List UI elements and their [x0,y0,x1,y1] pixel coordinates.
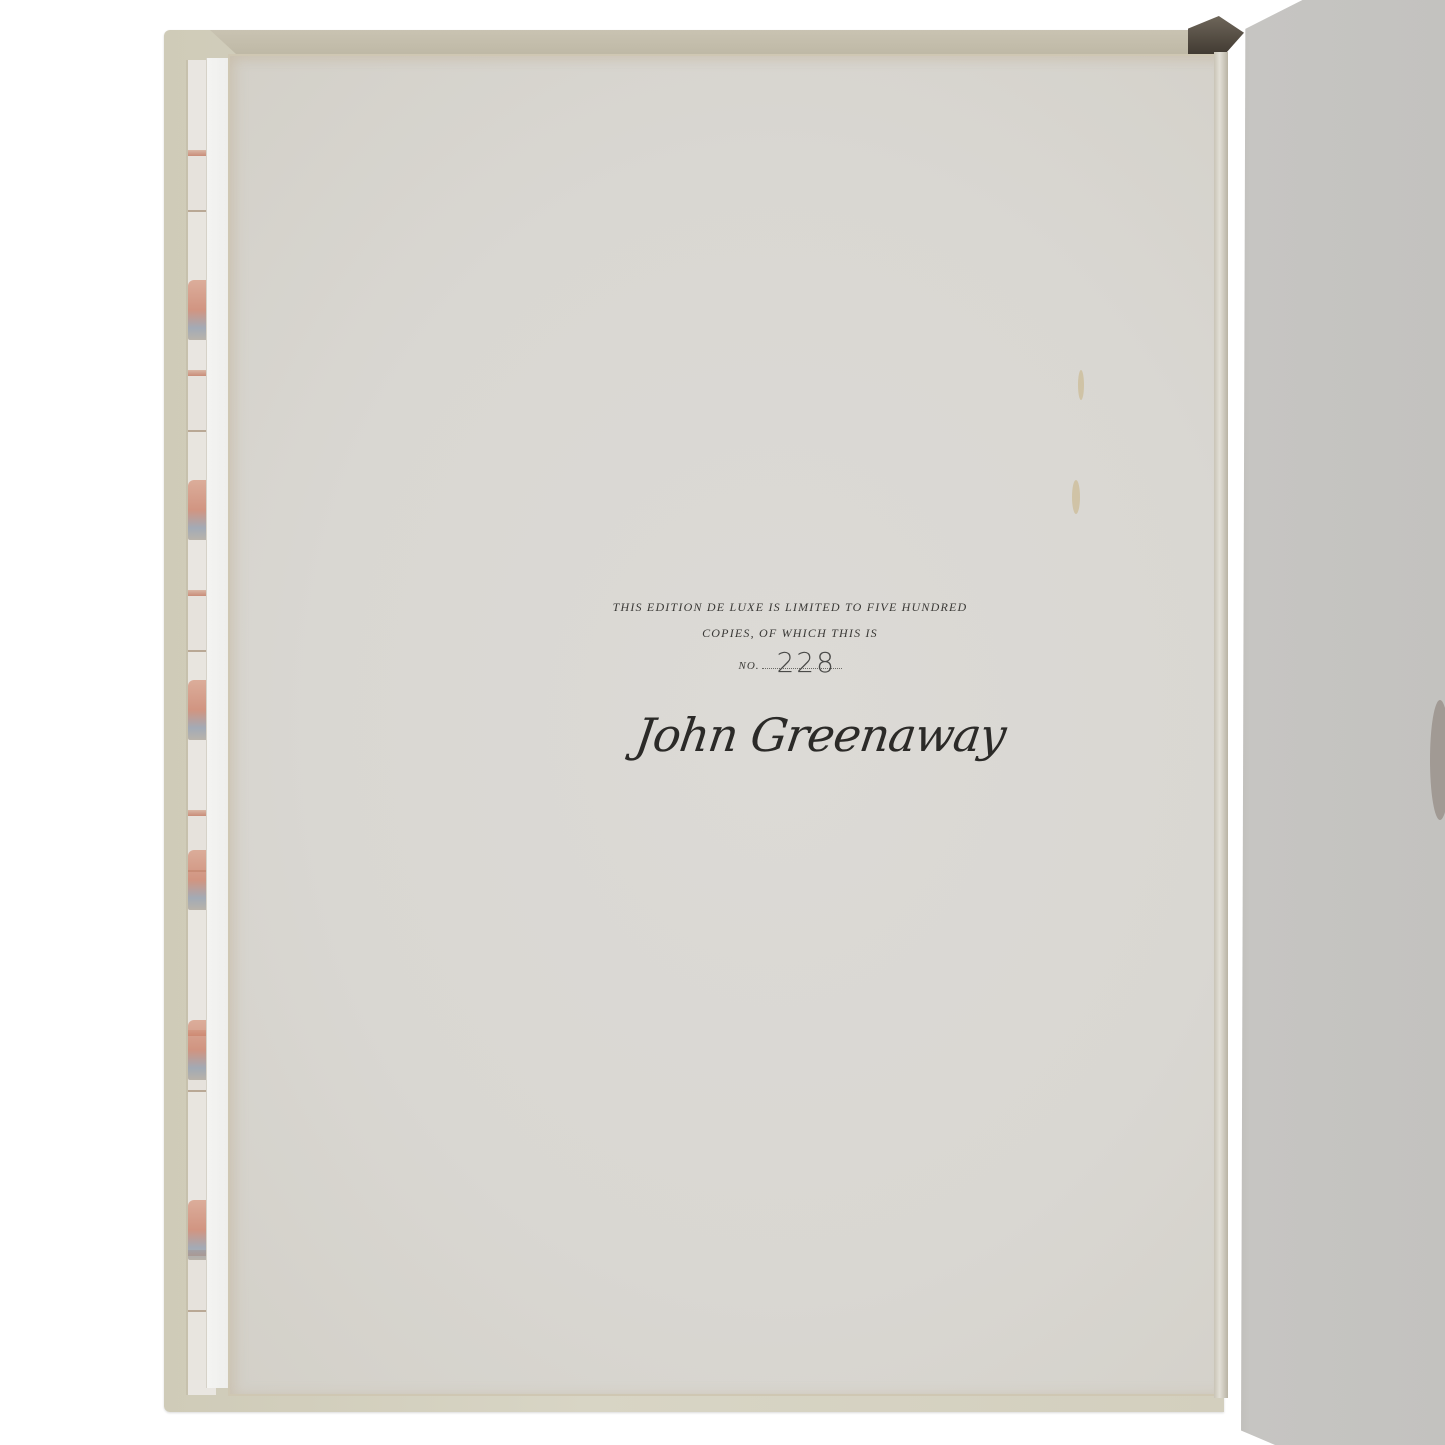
facing-board [1228,0,1445,1445]
limitation-statement: THIS EDITION DE LUXE IS LIMITED TO FIVE … [560,598,1020,674]
number-label: NO. [738,660,759,672]
foxing-stain [1078,370,1084,400]
copy-number-line: NO. 228 [738,658,841,673]
handwritten-signature: John Greenaway [632,708,1009,762]
limitation-line-1: THIS EDITION DE LUXE IS LIMITED TO FIVE … [560,598,1020,616]
foxing-stain [1072,480,1080,514]
handwritten-copy-number: 228 [776,646,835,679]
board-edge-shadow [1430,700,1445,820]
page-gutter [1214,52,1228,1398]
signature-block: John Greenaway [636,700,1026,820]
limitation-line-2: COPIES, OF WHICH THIS IS [560,624,1020,642]
open-book: THIS EDITION DE LUXE IS LIMITED TO FIVE … [0,0,1445,1445]
